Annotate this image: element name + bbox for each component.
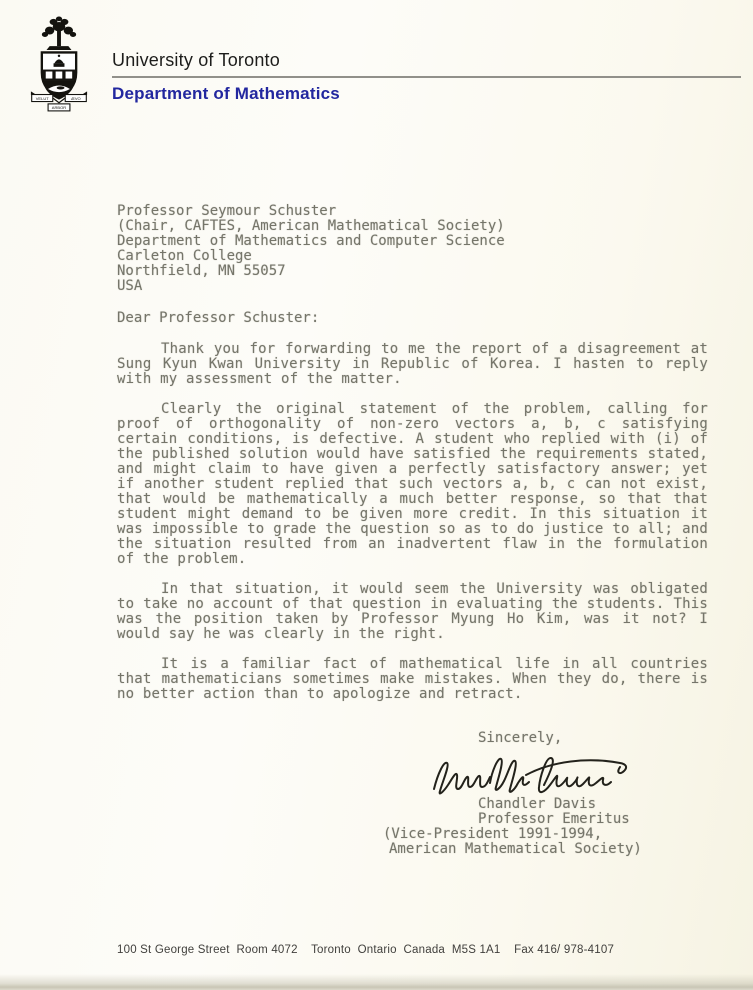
- recipient-line: (Chair, CAFTES, American Mathematical So…: [117, 219, 505, 234]
- body-paragraph: Thank you for forwarding to me the repor…: [117, 342, 708, 387]
- signature-title: Professor Emeritus: [478, 812, 630, 827]
- recipient-address: Professor Seymour Schuster (Chair, CAFTE…: [117, 204, 505, 294]
- recipient-line: USA: [117, 279, 505, 294]
- recipient-line: Carleton College: [117, 249, 505, 264]
- recipient-line: Professor Seymour Schuster: [117, 204, 505, 219]
- letterhead-divider: [112, 76, 741, 78]
- signature-typed-name: Chandler Davis: [478, 797, 596, 812]
- university-name: University of Toronto: [112, 50, 280, 71]
- department-name: Department of Mathematics: [112, 84, 340, 104]
- signature-affiliation-line: (Vice-President 1991-1994,: [383, 827, 602, 842]
- scanned-letter-page: VELUT ÆVO ARBOR University of Toronto De…: [0, 0, 753, 990]
- valediction: Sincerely,: [478, 731, 562, 746]
- salutation: Dear Professor Schuster:: [117, 311, 319, 326]
- crest-motto-arbor: ARBOR: [52, 105, 66, 110]
- body-paragraph: In that situation, it would seem the Uni…: [117, 582, 708, 642]
- signature-affiliation-line: American Mathematical Society): [389, 842, 642, 857]
- crest-motto-velut: VELUT: [36, 96, 50, 101]
- recipient-line: Northfield, MN 55057: [117, 264, 505, 279]
- handwritten-signature-icon: [428, 749, 642, 801]
- crest-motto-aevo: ÆVO: [71, 96, 81, 101]
- paper-bottom-edge: [0, 974, 753, 990]
- recipient-line: Department of Mathematics and Computer S…: [117, 234, 505, 249]
- body-paragraph: It is a familiar fact of mathematical li…: [117, 657, 708, 702]
- university-of-toronto-crest-icon: VELUT ÆVO ARBOR: [20, 16, 98, 120]
- footer-address: 100 St George Street Room 4072 Toronto O…: [117, 944, 614, 956]
- body-paragraph: Clearly the original statement of the pr…: [117, 402, 708, 567]
